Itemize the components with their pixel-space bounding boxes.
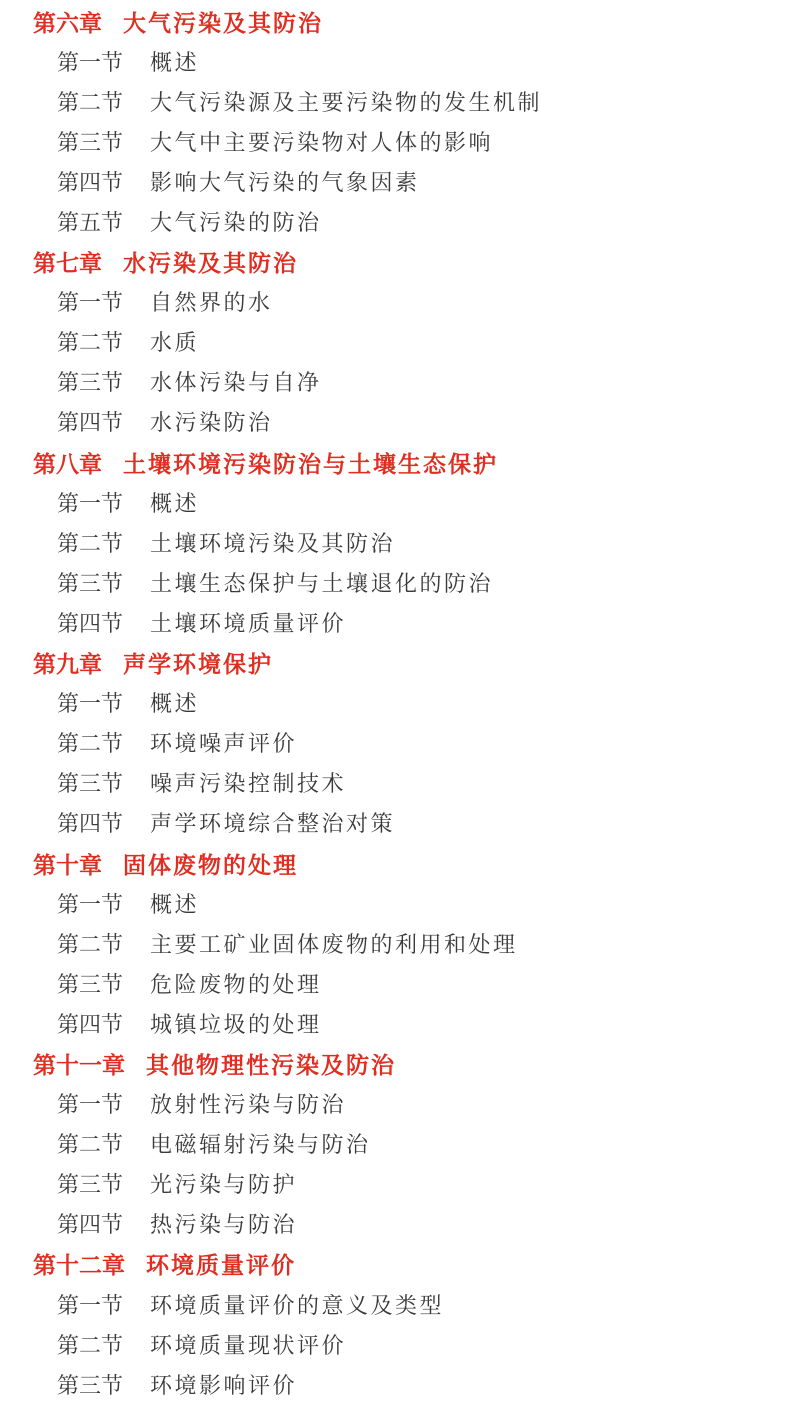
section-title: 大气中主要污染物对人体的影响 [150, 126, 493, 157]
section-title: 城镇垃圾的处理 [150, 1008, 322, 1039]
section-number: 第二节 [57, 1128, 123, 1159]
section-number: 第二节 [57, 1329, 123, 1360]
section-number: 第三节 [57, 567, 123, 598]
section-number: 第二节 [57, 326, 123, 357]
chapter-title: 水污染及其防治 [123, 245, 298, 278]
section-title: 土壤环境质量评价 [150, 607, 346, 638]
chapter-heading: 第八章土壤环境污染防治与土壤生态保护 [0, 442, 790, 482]
section-number: 第五节 [57, 206, 123, 237]
toc-entry: 第四节土壤环境质量评价 [0, 602, 790, 642]
toc-entry: 第一节自然界的水 [0, 282, 790, 322]
section-number: 第四节 [57, 1208, 123, 1239]
section-number: 第三节 [57, 366, 123, 397]
section-number: 第四节 [57, 166, 123, 197]
section-number: 第二节 [57, 928, 123, 959]
section-number: 第一节 [57, 46, 123, 77]
toc-entry: 第一节概述 [0, 883, 790, 923]
section-title: 危险废物的处理 [150, 968, 322, 999]
section-title: 水质 [150, 326, 199, 357]
section-title: 大气污染源及主要污染物的发生机制 [150, 86, 542, 117]
chapter-number: 第七章 [33, 245, 102, 278]
toc-entry: 第二节土壤环境污染及其防治 [0, 522, 790, 562]
toc-entry: 第四节水污染防治 [0, 402, 790, 442]
section-number: 第一节 [57, 888, 123, 919]
chapter-number: 第九章 [33, 646, 102, 679]
toc-entry: 第三节土壤生态保护与土壤退化的防治 [0, 562, 790, 602]
section-title: 热污染与防治 [150, 1208, 297, 1239]
section-title: 环境影响评价 [150, 1369, 297, 1400]
section-title: 概述 [150, 888, 199, 919]
section-title: 水体污染与自净 [150, 366, 322, 397]
section-title: 土壤生态保护与土壤退化的防治 [150, 567, 493, 598]
section-title: 电磁辐射污染与防治 [150, 1128, 371, 1159]
toc-entry: 第一节概述 [0, 41, 790, 81]
chapter-title: 大气污染及其防治 [123, 5, 323, 38]
toc-entry: 第二节大气污染源及主要污染物的发生机制 [0, 81, 790, 121]
chapter-number: 第六章 [33, 5, 102, 38]
section-number: 第三节 [57, 968, 123, 999]
chapter-heading: 第七章水污染及其防治 [0, 242, 790, 282]
section-number: 第四节 [57, 406, 123, 437]
toc-entry: 第一节环境质量评价的意义及类型 [0, 1284, 790, 1324]
chapter-number: 第十一章 [33, 1047, 125, 1080]
section-title: 环境质量评价的意义及类型 [150, 1289, 444, 1320]
toc-entry: 第二节环境质量现状评价 [0, 1324, 790, 1364]
toc-entry: 第三节光污染与防护 [0, 1164, 790, 1204]
chapter-title: 声学环境保护 [123, 646, 273, 679]
chapter-number: 第十二章 [33, 1247, 125, 1280]
section-number: 第一节 [57, 1289, 123, 1320]
section-title: 放射性污染与防治 [150, 1088, 346, 1119]
section-title: 影响大气污染的气象因素 [150, 166, 420, 197]
section-title: 概述 [150, 487, 199, 518]
toc-entry: 第四节热污染与防治 [0, 1204, 790, 1244]
toc-entry: 第四节城镇垃圾的处理 [0, 1003, 790, 1043]
section-title: 概述 [150, 687, 199, 718]
section-number: 第三节 [57, 126, 123, 157]
section-title: 声学环境综合整治对策 [150, 807, 395, 838]
section-number: 第三节 [57, 1168, 123, 1199]
chapter-heading: 第十章固体废物的处理 [0, 843, 790, 883]
section-title: 概述 [150, 46, 199, 77]
toc-entry: 第二节环境噪声评价 [0, 723, 790, 763]
section-title: 噪声污染控制技术 [150, 767, 346, 798]
section-number: 第四节 [57, 807, 123, 838]
section-number: 第四节 [57, 607, 123, 638]
section-number: 第三节 [57, 1369, 123, 1400]
toc-entry: 第四节声学环境综合整治对策 [0, 803, 790, 843]
section-title: 水污染防治 [150, 406, 273, 437]
toc-entry: 第一节概述 [0, 482, 790, 522]
toc-entry: 第二节水质 [0, 322, 790, 362]
chapter-title: 其他物理性污染及防治 [146, 1047, 396, 1080]
section-number: 第一节 [57, 1088, 123, 1119]
section-number: 第三节 [57, 767, 123, 798]
chapter-title: 固体废物的处理 [123, 847, 298, 880]
table-of-contents: 第六章大气污染及其防治第一节概述第二节大气污染源及主要污染物的发生机制第三节大气… [0, 0, 790, 1404]
section-title: 环境质量现状评价 [150, 1329, 346, 1360]
toc-entry: 第三节噪声污染控制技术 [0, 763, 790, 803]
section-number: 第二节 [57, 727, 123, 758]
chapter-heading: 第九章声学环境保护 [0, 643, 790, 683]
toc-entry: 第四节影响大气污染的气象因素 [0, 161, 790, 201]
section-number: 第四节 [57, 1008, 123, 1039]
section-title: 光污染与防护 [150, 1168, 297, 1199]
section-number: 第一节 [57, 687, 123, 718]
chapter-title: 土壤环境污染防治与土壤生态保护 [123, 446, 498, 479]
chapter-number: 第十章 [33, 847, 102, 880]
toc-entry: 第三节危险废物的处理 [0, 963, 790, 1003]
chapter-number: 第八章 [33, 446, 102, 479]
section-title: 土壤环境污染及其防治 [150, 527, 395, 558]
toc-entry: 第三节环境影响评价 [0, 1364, 790, 1404]
chapter-heading: 第十二章环境质量评价 [0, 1244, 790, 1284]
section-title: 大气污染的防治 [150, 206, 322, 237]
toc-entry: 第一节概述 [0, 683, 790, 723]
chapter-heading: 第六章大气污染及其防治 [0, 1, 790, 41]
section-title: 环境噪声评价 [150, 727, 297, 758]
toc-entry: 第一节放射性污染与防治 [0, 1084, 790, 1124]
toc-entry: 第三节水体污染与自净 [0, 362, 790, 402]
toc-entry: 第二节主要工矿业固体废物的利用和处理 [0, 923, 790, 963]
section-number: 第一节 [57, 286, 123, 317]
chapter-title: 环境质量评价 [146, 1247, 296, 1280]
section-number: 第二节 [57, 527, 123, 558]
section-title: 主要工矿业固体废物的利用和处理 [150, 928, 518, 959]
chapter-heading: 第十一章其他物理性污染及防治 [0, 1043, 790, 1083]
section-number: 第一节 [57, 487, 123, 518]
toc-entry: 第五节大气污染的防治 [0, 201, 790, 241]
toc-entry: 第二节电磁辐射污染与防治 [0, 1124, 790, 1164]
toc-entry: 第三节大气中主要污染物对人体的影响 [0, 121, 790, 161]
section-number: 第二节 [57, 86, 123, 117]
section-title: 自然界的水 [150, 286, 273, 317]
